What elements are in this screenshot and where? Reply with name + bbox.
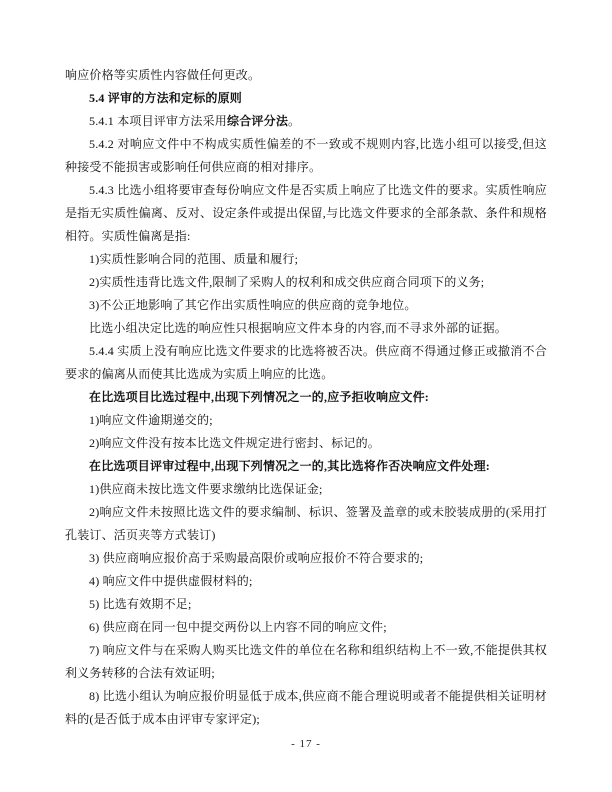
text-run: 2)实质性违背比选文件,限制了采购人的权利和成交供应商合同项下的义务; (89, 275, 484, 289)
bold-lead-paragraph: 在比选项目比选过程中,出现下列情况之一的,应予拒收响应文件: (65, 386, 547, 409)
text-run: 。 (288, 114, 300, 128)
section-heading: 5.4 评审的方法和定标的原则 (65, 87, 547, 110)
text-run: 5.4.3 比选小组将要审查每份响应文件是否实质上响应了比选文件的要求。实质性响… (65, 183, 547, 243)
text-run: 综合评分法 (227, 114, 288, 128)
text-run: 1)供应商未按比选文件要求缴纳比选保证金; (89, 482, 323, 496)
clause-paragraph: 比选小组决定比选的响应性只根据响应文件本身的内容,而不寻求外部的证据。 (65, 317, 547, 340)
list-item: 2)响应文件没有按本比选文件规定进行密封、标记的。 (65, 432, 547, 455)
document-page: 响应价格等实质性内容做任何更改。5.4 评审的方法和定标的原则5.4.1 本项目… (0, 0, 612, 792)
list-item: 2)实质性违背比选文件,限制了采购人的权利和成交供应商合同项下的义务; (65, 271, 547, 294)
text-run: 2)响应文件没有按本比选文件规定进行密封、标记的。 (89, 436, 380, 450)
list-item: 6) 供应商在同一包中提交两份以上内容不同的响应文件; (65, 616, 547, 639)
list-item: 2)响应文件未按照比选文件的要求编制、标识、签署及盖章的或未胶装成册的(采用打孔… (65, 501, 547, 547)
clause-paragraph: 5.4.3 比选小组将要审查每份响应文件是否实质上响应了比选文件的要求。实质性响… (65, 179, 547, 248)
text-run: 4) 响应文件中提供虚假材料的; (89, 574, 253, 588)
text-run: 5.4.2 对响应文件中不构成实质性偏差的不一致或不规则内容,比选小组可以接受,… (65, 137, 547, 174)
text-run: 8) 比选小组认为响应报价明显低于成本,供应商不能合理说明或者不能提供相关证明材… (65, 689, 547, 726)
text-run: 比选小组决定比选的响应性只根据响应文件本身的内容,而不寻求外部的证据。 (89, 321, 507, 335)
text-run: 3) 供应商响应报价高于采购最高限价或响应报价不符合要求的; (89, 551, 423, 565)
text-run: 在比选项目评审过程中,出现下列情况之一的,其比选将作否决响应文件处理: (89, 459, 490, 473)
text-run: 在比选项目比选过程中,出现下列情况之一的,应予拒收响应文件: (89, 390, 429, 404)
text-run: 6) 供应商在同一包中提交两份以上内容不同的响应文件; (89, 620, 387, 634)
list-item: 8) 比选小组认为响应报价明显低于成本,供应商不能合理说明或者不能提供相关证明材… (65, 685, 547, 731)
page-number: - 17 - (0, 736, 612, 752)
list-item: 3) 供应商响应报价高于采购最高限价或响应报价不符合要求的; (65, 547, 547, 570)
list-item: 7) 响应文件与在采购人购买比选文件的单位在名称和组织结构上不一致,不能提供其权… (65, 639, 547, 685)
text-run: 1)响应文件逾期递交的; (89, 413, 213, 427)
bold-lead-paragraph: 在比选项目评审过程中,出现下列情况之一的,其比选将作否决响应文件处理: (65, 455, 547, 478)
list-item: 5) 比选有效期不足; (65, 593, 547, 616)
text-run: 5.4.4 实质上没有响应比选文件要求的比选将被否决。供应商不得通过修正或撤消不… (65, 344, 547, 381)
list-item: 1)供应商未按比选文件要求缴纳比选保证金; (65, 478, 547, 501)
text-run: 2)响应文件未按照比选文件的要求编制、标识、签署及盖章的或未胶装成册的(采用打孔… (65, 505, 547, 542)
clause-paragraph: 5.4.1 本项目评审方法采用综合评分法。 (65, 110, 547, 133)
paragraph-continuation: 响应价格等实质性内容做任何更改。 (65, 64, 547, 87)
text-run: 5.4 评审的方法和定标的原则 (89, 91, 242, 105)
clause-paragraph: 5.4.2 对响应文件中不构成实质性偏差的不一致或不规则内容,比选小组可以接受,… (65, 133, 547, 179)
text-run: 7) 响应文件与在采购人购买比选文件的单位在名称和组织结构上不一致,不能提供其权… (65, 643, 547, 680)
text-run: 响应价格等实质性内容做任何更改。 (65, 68, 260, 82)
document-content: 响应价格等实质性内容做任何更改。5.4 评审的方法和定标的原则5.4.1 本项目… (65, 64, 547, 731)
text-run: 3)不公正地影响了其它作出实质性响应的供应商的竞争地位。 (89, 298, 417, 312)
list-item: 3)不公正地影响了其它作出实质性响应的供应商的竞争地位。 (65, 294, 547, 317)
text-run: 5) 比选有效期不足; (89, 597, 192, 611)
text-run: 5.4.1 本项目评审方法采用 (89, 114, 227, 128)
text-run: 1)实质性影响合同的范围、质量和履行; (89, 252, 298, 266)
list-item: 1)实质性影响合同的范围、质量和履行; (65, 248, 547, 271)
clause-paragraph: 5.4.4 实质上没有响应比选文件要求的比选将被否决。供应商不得通过修正或撤消不… (65, 340, 547, 386)
list-item: 1)响应文件逾期递交的; (65, 409, 547, 432)
list-item: 4) 响应文件中提供虚假材料的; (65, 570, 547, 593)
